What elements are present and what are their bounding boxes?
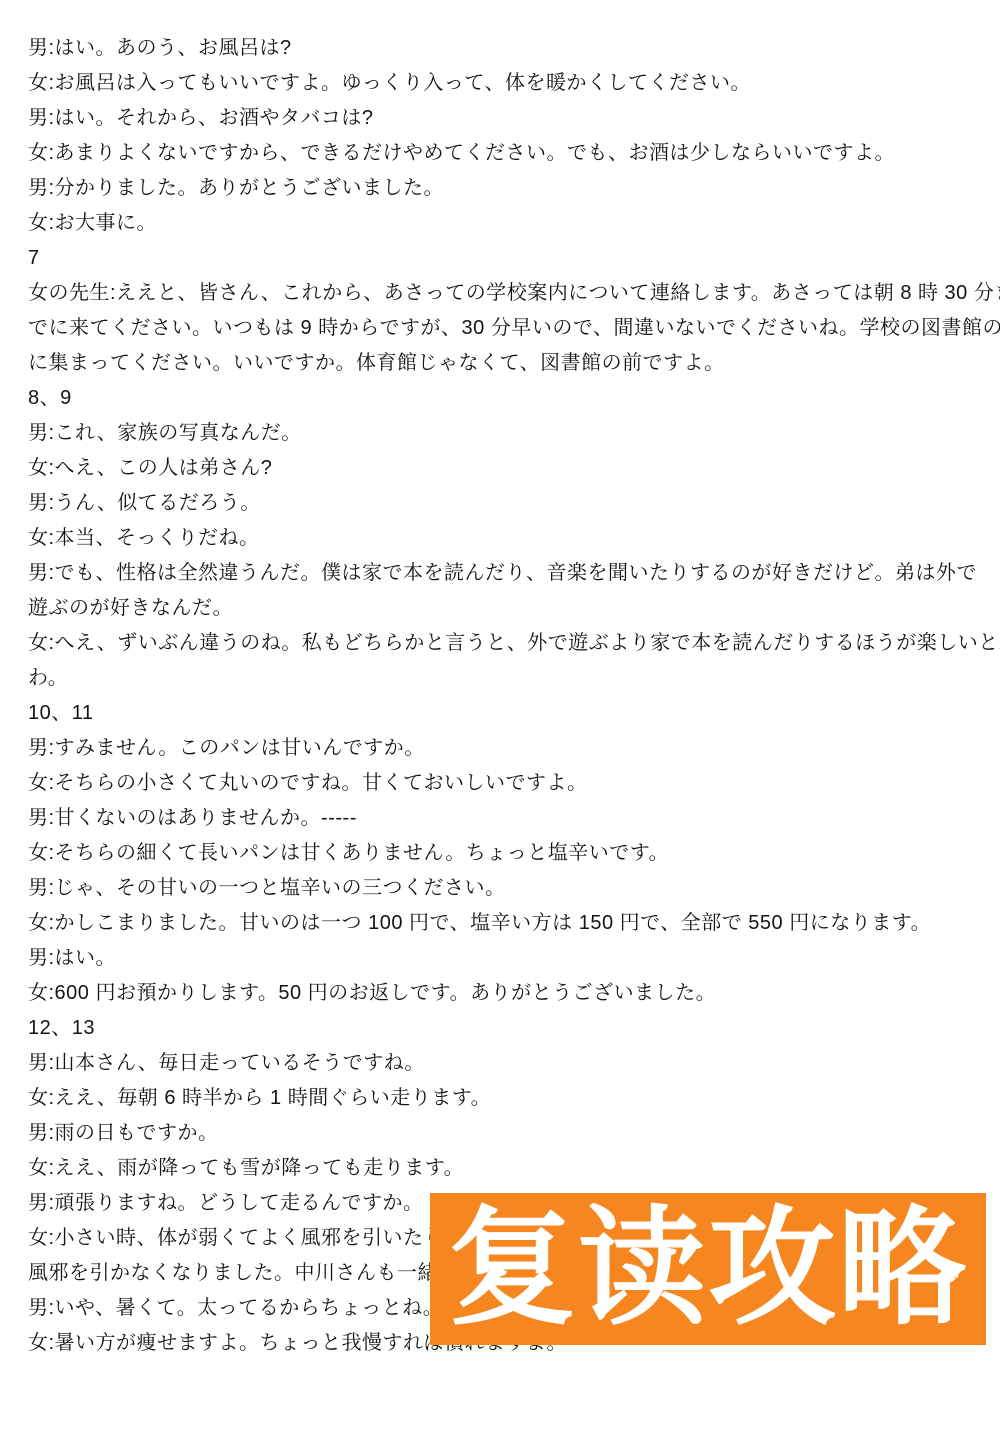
transcript-line: でに来てください。いつもは 9 時からですが、30 分早いので、間違いないでくだ…	[28, 311, 980, 346]
transcript-line: 女:そちらの小さくて丸いのですね。甘くておいしいですよ。	[28, 766, 980, 801]
transcript-line: 女:あまりよくないですから、できるだけやめてください。でも、お酒は少しならいいで…	[28, 136, 980, 171]
transcript-line: 男:でも、性格は全然違うんだ。僕は家で本を読んだり、音楽を聞いたりするのが好きだ…	[28, 556, 980, 591]
transcript-line: 遊ぶのが好きなんだ。	[28, 591, 980, 626]
transcript-line: 男:分かりました。ありがとうございました。	[28, 171, 980, 206]
transcript-line: 女:600 円お預かりします。50 円のお返しです。ありがとうございました。	[28, 976, 980, 1011]
transcript-line: 男:はい。それから、お酒やタバコは?	[28, 101, 980, 136]
transcript-line: 男:雨の日もですか。	[28, 1116, 980, 1151]
transcript-line: 男:はい。あのう、お風呂は?	[28, 31, 980, 66]
section-number: 10、11	[28, 696, 980, 731]
transcript-line: 女:へえ、この人は弟さん?	[28, 451, 980, 486]
transcript-line: 男:うん、似てるだろう。	[28, 486, 980, 521]
transcript-line: 男:じゃ、その甘いの一つと塩辛いの三つください。	[28, 871, 980, 906]
transcript-line: 男:甘くないのはありませんか。-----	[28, 801, 980, 836]
transcript-line: 男:山本さん、毎日走っているそうですね。	[28, 1046, 980, 1081]
transcript-line: 女:お大事に。	[28, 206, 980, 241]
document-page: 男:はい。あのう、お風呂は? 女:お風呂は入ってもいいですよ。ゆっくり入って、体…	[0, 0, 1000, 1443]
transcript-line: 女:ええ、毎朝 6 時半から 1 時間ぐらい走ります。	[28, 1081, 980, 1116]
section-number: 8、9	[28, 381, 980, 416]
transcript-line: 女の先生:ええと、皆さん、これから、あさっての学校案内について連絡します。あさっ…	[28, 276, 980, 311]
transcript-line: に集まってください。いいですか。体育館じゃなくて、図書館の前ですよ。	[28, 346, 980, 381]
transcript-line: 女:そちらの細くて長いパンは甘くありません。ちょっと塩辛いです。	[28, 836, 980, 871]
transcript-line: 男:はい。	[28, 941, 980, 976]
transcript-line: 男:すみません。このパンは甘いんですか。	[28, 731, 980, 766]
transcript-line: 女:お風呂は入ってもいいですよ。ゆっくり入って、体を暖かくしてください。	[28, 66, 980, 101]
transcript-line: わ。	[28, 661, 980, 696]
transcript-line: 女:へえ、ずいぶん違うのね。私もどちらかと言うと、外で遊ぶより家で本を読んだりす…	[28, 626, 980, 661]
section-number: 7	[28, 241, 980, 276]
transcript-line: 女:かしこまりました。甘いのは一つ 100 円で、塩辛い方は 150 円で、全部…	[28, 906, 980, 941]
transcript-line: 女:本当、そっくりだね。	[28, 521, 980, 556]
transcript-line: 女:ええ、雨が降っても雪が降っても走ります。	[28, 1151, 980, 1186]
watermark-text: 复读攻略	[448, 1193, 968, 1345]
transcript: 男:はい。あのう、お風呂は? 女:お風呂は入ってもいいですよ。ゆっくり入って、体…	[28, 31, 980, 1361]
transcript-line: 男:これ、家族の写真なんだ。	[28, 416, 980, 451]
watermark-banner: 复读攻略	[430, 1193, 986, 1345]
section-number: 12、13	[28, 1011, 980, 1046]
